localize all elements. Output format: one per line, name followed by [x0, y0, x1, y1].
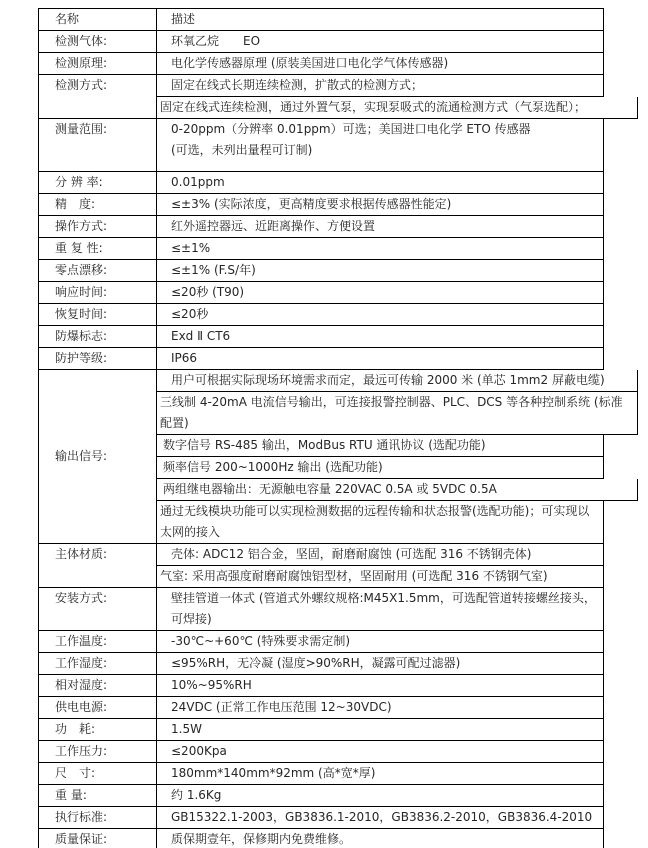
- work-humidity-value: ≤95%RH，无冷凝 (湿度>90%RH，凝露可配过滤器): [157, 653, 603, 674]
- row-power-supply: 供电电源: 24VDC (正常工作电压范围 12~30VDC): [39, 697, 604, 719]
- recovery-time-label: 恢复时间:: [39, 304, 157, 325]
- row-work-pressure: 工作压力: ≤200Kpa: [39, 741, 604, 763]
- power-supply-value: 24VDC (正常工作电压范围 12~30VDC): [157, 697, 603, 718]
- row-standard: 执行标准: GB15322.1-2003，GB3836.1-2010，GB383…: [39, 807, 604, 829]
- row-gas: 检测气体: 环氧乙烷 EO: [39, 31, 604, 53]
- accuracy-value: ≤±3% (实际浓度，更高精度要求根据传感器性能定): [157, 194, 603, 215]
- material-subrow-2: 气室: 采用高强度耐磨耐腐蚀铝型材，坚固耐用 (可选配 316 不锈钢气室): [157, 566, 604, 588]
- resolution-value: 0.01ppm: [157, 172, 603, 193]
- work-temp-label: 工作温度:: [39, 631, 157, 652]
- gas-value: 环氧乙烷 EO: [157, 31, 603, 52]
- method-subrows: 固定在线式长期连续检测，扩散式的检测方式； 固定在线式连续检测，通过外置气泵，实…: [157, 75, 604, 119]
- output-subrow-2: 三线制 4-20mA 电流信号输出，可连接报警控制器、PLC、DCS 等各种控制…: [157, 392, 638, 435]
- row-warranty: 质量保证: 质保期壹年，保修期内免费维修。: [39, 829, 604, 848]
- output-signal-subrows: 用户可根据实际现场环境需求而定，最远可传输 2000 米 (单芯 1mm2 屏蔽…: [157, 370, 604, 544]
- row-range: 测量范围: 0-20ppm（分辨率 0.01ppm）可选；美国进口电化学 ETO…: [39, 119, 604, 172]
- row-work-humidity: 工作湿度: ≤95%RH，无冷凝 (湿度>90%RH，凝露可配过滤器): [39, 653, 604, 675]
- response-time-value: ≤20秒 (T90): [157, 282, 603, 303]
- warranty-value: 质保期壹年，保修期内免费维修。: [157, 829, 603, 848]
- exproof-mark-value: Exd Ⅱ CT6: [157, 326, 603, 347]
- output-subrow-6: 通过无线模块功能可以实现检测数据的远程传输和状态报警(选配功能)；可实现以太网的…: [157, 501, 604, 544]
- header-name-cell: 名称: [39, 9, 157, 30]
- repeatability-value: ≤±1%: [157, 238, 603, 259]
- header-desc-cell: 描述: [157, 9, 603, 30]
- method-label: 检测方式:: [39, 75, 157, 119]
- rel-humidity-value: 10%~95%RH: [157, 675, 603, 696]
- output-subrow-4: 频率信号 200~1000Hz 输出 (选配功能): [157, 457, 604, 479]
- weight-label: 重 量:: [39, 785, 157, 806]
- row-work-temp: 工作温度: -30℃~+60℃ (特殊要求需定制): [39, 631, 604, 653]
- resolution-label: 分 辨 率:: [39, 172, 157, 193]
- power-supply-label: 供电电源:: [39, 697, 157, 718]
- power-consumption-label: 功 耗:: [39, 719, 157, 740]
- install-label: 安装方式:: [39, 588, 157, 630]
- gas-label: 检测气体:: [39, 31, 157, 52]
- principle-label: 检测原理:: [39, 53, 157, 74]
- material-subrow-1: 壳体: ADC12 铝合金，坚固，耐磨耐腐蚀 (可选配 316 不锈钢壳体): [157, 544, 604, 566]
- install-value: 壁挂管道一体式 (管道式外螺纹规格:M45X1.5mm，可选配管道转接螺丝接头，…: [157, 588, 603, 630]
- row-header: 名称 描述: [39, 9, 604, 31]
- method-subrow-2: 固定在线式连续检测，通过外置气泵，实现泵吸式的流通检测方式（气泵选配）；: [157, 97, 638, 119]
- row-response-time: 响应时间: ≤20秒 (T90): [39, 282, 604, 304]
- ip-rating-value: IP66: [157, 348, 603, 369]
- row-repeatability: 重 复 性: ≤±1%: [39, 238, 604, 260]
- work-humidity-label: 工作湿度:: [39, 653, 157, 674]
- range-value: 0-20ppm（分辨率 0.01ppm）可选；美国进口电化学 ETO 传感器 (…: [157, 119, 603, 171]
- row-method: 检测方式: 固定在线式长期连续检测，扩散式的检测方式； 固定在线式连续检测，通过…: [39, 75, 604, 119]
- row-accuracy: 精 度: ≤±3% (实际浓度，更高精度要求根据传感器性能定): [39, 194, 604, 216]
- work-pressure-label: 工作压力:: [39, 741, 157, 762]
- row-zero-drift: 零点漂移: ≤±1% (F.S/年): [39, 260, 604, 282]
- range-line-1: 0-20ppm（分辨率 0.01ppm）可选；美国进口电化学 ETO 传感器: [171, 119, 599, 140]
- row-principle: 检测原理: 电化学传感器原理 (原装美国进口电化学气体传感器): [39, 53, 604, 75]
- power-consumption-value: 1.5W: [157, 719, 603, 740]
- operation-value: 红外遥控器远、近距离操作、方便设置: [157, 216, 603, 237]
- row-size: 尺 寸: 180mm*140mm*92mm (高*宽*厚): [39, 763, 604, 785]
- spec-table: 名称 描述 检测气体: 环氧乙烷 EO 检测原理: 电化学传感器原理 (原装美国…: [38, 8, 604, 848]
- output-subrow-1: 用户可根据实际现场环境需求而定，最远可传输 2000 米 (单芯 1mm2 屏蔽…: [157, 370, 638, 392]
- output-signal-label: 输出信号:: [39, 370, 157, 544]
- range-line-2: (可选，未列出量程可订制): [171, 140, 599, 161]
- exproof-mark-label: 防爆标志:: [39, 326, 157, 347]
- principle-value: 电化学传感器原理 (原装美国进口电化学气体传感器): [157, 53, 603, 74]
- row-install: 安装方式: 壁挂管道一体式 (管道式外螺纹规格:M45X1.5mm，可选配管道转…: [39, 588, 604, 631]
- row-ip-rating: 防护等级: IP66: [39, 348, 604, 370]
- row-recovery-time: 恢复时间: ≤20秒: [39, 304, 604, 326]
- zero-drift-label: 零点漂移:: [39, 260, 157, 281]
- size-value: 180mm*140mm*92mm (高*宽*厚): [157, 763, 603, 784]
- warranty-label: 质量保证:: [39, 829, 157, 848]
- zero-drift-value: ≤±1% (F.S/年): [157, 260, 603, 281]
- row-operation: 操作方式: 红外遥控器远、近距离操作、方便设置: [39, 216, 604, 238]
- work-pressure-value: ≤200Kpa: [157, 741, 603, 762]
- row-material: 主体材质: 壳体: ADC12 铝合金，坚固，耐磨耐腐蚀 (可选配 316 不锈…: [39, 544, 604, 588]
- standard-value: GB15322.1-2003，GB3836.1-2010，GB3836.2-20…: [157, 807, 603, 828]
- repeatability-label: 重 复 性:: [39, 238, 157, 259]
- row-exproof-mark: 防爆标志: Exd Ⅱ CT6: [39, 326, 604, 348]
- ip-rating-label: 防护等级:: [39, 348, 157, 369]
- output-subrow-5: 两组继电器输出：无源触电容量 220VAC 0.5A 或 5VDC 0.5A: [157, 479, 638, 501]
- material-subrows: 壳体: ADC12 铝合金，坚固，耐磨耐腐蚀 (可选配 316 不锈钢壳体) 气…: [157, 544, 604, 588]
- accuracy-label: 精 度:: [39, 194, 157, 215]
- output-subrow-3: 数字信号 RS-485 输出，ModBus RTU 通讯协议 (选配功能): [157, 435, 604, 457]
- material-label: 主体材质:: [39, 544, 157, 588]
- standard-label: 执行标准:: [39, 807, 157, 828]
- work-temp-value: -30℃~+60℃ (特殊要求需定制): [157, 631, 603, 652]
- size-label: 尺 寸:: [39, 763, 157, 784]
- row-weight: 重 量: 约 1.6Kg: [39, 785, 604, 807]
- row-power-consumption: 功 耗: 1.5W: [39, 719, 604, 741]
- row-resolution: 分 辨 率: 0.01ppm: [39, 172, 604, 194]
- rel-humidity-label: 相对湿度:: [39, 675, 157, 696]
- row-rel-humidity: 相对湿度: 10%~95%RH: [39, 675, 604, 697]
- range-label: 测量范围:: [39, 119, 157, 171]
- response-time-label: 响应时间:: [39, 282, 157, 303]
- recovery-time-value: ≤20秒: [157, 304, 603, 325]
- method-subrow-1: 固定在线式长期连续检测，扩散式的检测方式；: [157, 75, 604, 97]
- row-output-signal: 输出信号: 用户可根据实际现场环境需求而定，最远可传输 2000 米 (单芯 1…: [39, 370, 604, 544]
- weight-value: 约 1.6Kg: [157, 785, 603, 806]
- operation-label: 操作方式:: [39, 216, 157, 237]
